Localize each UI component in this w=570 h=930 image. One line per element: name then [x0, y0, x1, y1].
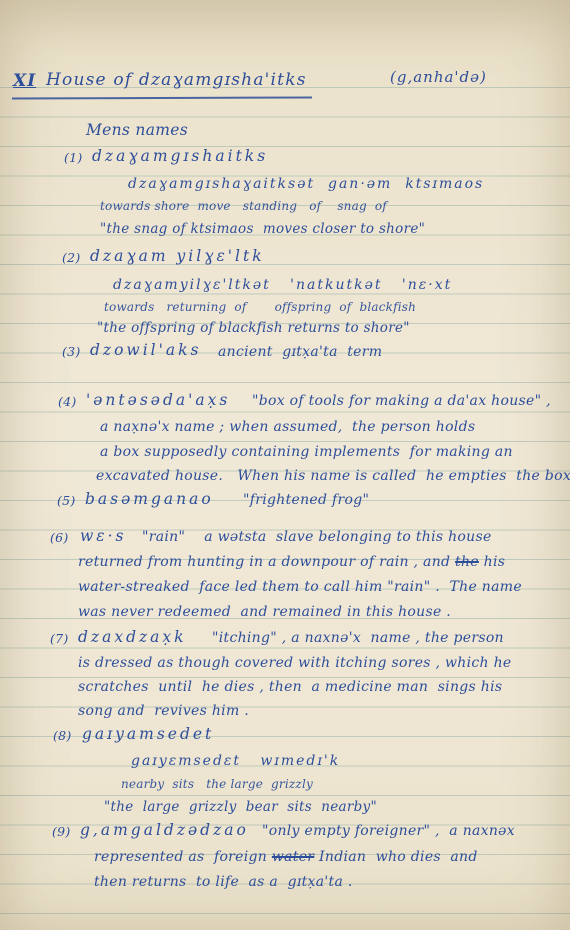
entry-1-translation: "the snag of ktsimaos moves closer to sh…: [100, 221, 425, 237]
entry-8-phonetic: gaɪyɛmsedɛt wɪmedɪ'k: [131, 753, 340, 769]
entry-8-translation: "the large grizzly bear sits nearby": [104, 799, 377, 815]
chapter-number: XI: [13, 71, 36, 91]
entry-6-line-3: water-streaked face led them to call him…: [78, 579, 522, 595]
entry-7-line-4: song and revives him .: [78, 703, 249, 719]
entry-7-name: dzaxdzax̣k: [78, 628, 187, 646]
entry-3-name: dzowil'aks: [90, 341, 201, 359]
entry-4-line-4: excavated house. When his name is called…: [96, 468, 570, 484]
entry-7-note: "itching" , a naxnə'x name , the person: [212, 630, 504, 646]
entry-4-line-2: a nax̣nə'x name ; when assumed, the pers…: [100, 419, 475, 435]
entry-9-number: (9): [52, 824, 71, 839]
entry-2-translation: "the offspring of blackfish returns to s…: [97, 320, 410, 336]
entry-4-line-3: a box supposedly containing implements f…: [100, 444, 513, 460]
entry-7-line-2: is dressed as though covered with itchin…: [78, 655, 512, 671]
entry-2-phonetic: dzaɣamyilɣɛ'ltkət 'natkutkət 'nɛ·xt: [113, 277, 452, 293]
entry-3-number: (3): [62, 344, 81, 359]
entry-9-line-3: then returns to life as a gɪtx̣a'ta .: [94, 874, 353, 890]
title-annotation: (g,anha'də): [390, 68, 487, 86]
struck-word: water: [272, 849, 314, 865]
entry-1-phonetic: dzaɣamgɪshaɣaitksət gan·əm ktsɪmaos: [128, 176, 484, 192]
entry-7-number: (7): [50, 631, 69, 646]
page-title: House of dzaɣamgɪsha'itks: [46, 70, 307, 90]
entry-8-gloss: nearby sits the large grizzly: [121, 777, 313, 791]
entry-2-number: (2): [62, 250, 81, 265]
entry-4-number: (4): [58, 394, 77, 409]
entry-6-line-4: was never redeemed and remained in this …: [78, 604, 451, 620]
entry-8-name: gaɪyamsedet: [82, 725, 214, 743]
entry-5-name: basəmganao: [85, 490, 214, 508]
entry-4-note: "box of tools for making a da'ax house" …: [252, 393, 551, 409]
entry-1-gloss: towards shore move standing of snag of: [100, 199, 387, 213]
entry-8-number: (8): [53, 728, 72, 743]
text-segment: his: [479, 554, 505, 570]
entry-2-name: dzaɣam yilɣɛ'ltk: [90, 247, 265, 265]
entry-6-number: (6): [50, 530, 69, 545]
entry-6-name: wɛ·s: [80, 527, 126, 545]
entry-9-line-2: represented as foreign water Indian who …: [94, 849, 478, 865]
text-segment: represented as foreign: [94, 849, 272, 865]
entry-2-gloss: towards returning of offspring of blackf…: [104, 300, 416, 314]
section-heading: Mens names: [86, 121, 188, 139]
entry-1-name: dzaɣamgɪshaitks: [92, 147, 268, 165]
entry-4-name: 'əntəsəda'ax̣s: [86, 391, 230, 409]
entry-6-line-2: returned from hunting in a downpour of r…: [78, 554, 505, 570]
entry-5-number: (5): [57, 493, 76, 508]
entry-9-name: g,amgaldzədzao: [80, 821, 249, 839]
entry-7-line-3: scratches until he dies , then a medicin…: [78, 679, 502, 695]
struck-word: the: [455, 554, 479, 570]
entry-3-note: ancient gɪtx̣a'ta term: [218, 344, 382, 360]
text-segment: returned from hunting in a downpour of r…: [78, 554, 455, 570]
entry-6-note: "rain" a wətsta slave belonging to this …: [142, 529, 492, 545]
text-segment: Indian who dies and: [314, 849, 477, 865]
entry-1-number: (1): [64, 150, 83, 165]
entry-9-note: "only empty foreigner" , a naxnəx: [262, 823, 515, 839]
entry-5-note: "frightened frog": [243, 492, 369, 508]
